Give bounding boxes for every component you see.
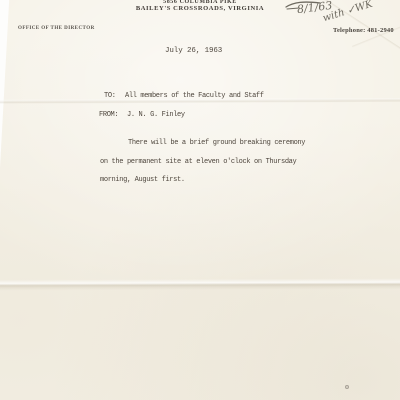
memo-body-line: morning, August first.: [100, 176, 325, 195]
memo-body-line: There will be a brief ground breaking ce…: [100, 139, 325, 158]
paper-flaw-speck: [345, 385, 349, 389]
paper-sheet: [0, 0, 400, 400]
memo-to-value: All members of the Faculty and Staff: [125, 92, 264, 100]
memo-date: July 26, 1963: [165, 47, 222, 55]
memo-from-label: FROM:: [99, 111, 118, 119]
memo-body-line: on the permanent site at eleven o'clock …: [100, 158, 325, 177]
letterhead-office-of-director: OFFICE OF THE DIRECTOR: [18, 26, 95, 31]
scanned-memo-page: 5856 COLUMBIA PIKE BAILEY'S CROSSROADS, …: [0, 0, 400, 400]
memo-from-value: J. N. G. Finley: [127, 111, 185, 119]
letterhead-telephone: Telephone: 481-2940: [333, 27, 394, 34]
memo-to-label: TO:: [104, 92, 116, 100]
memo-body: There will be a brief ground breaking ce…: [100, 139, 325, 195]
